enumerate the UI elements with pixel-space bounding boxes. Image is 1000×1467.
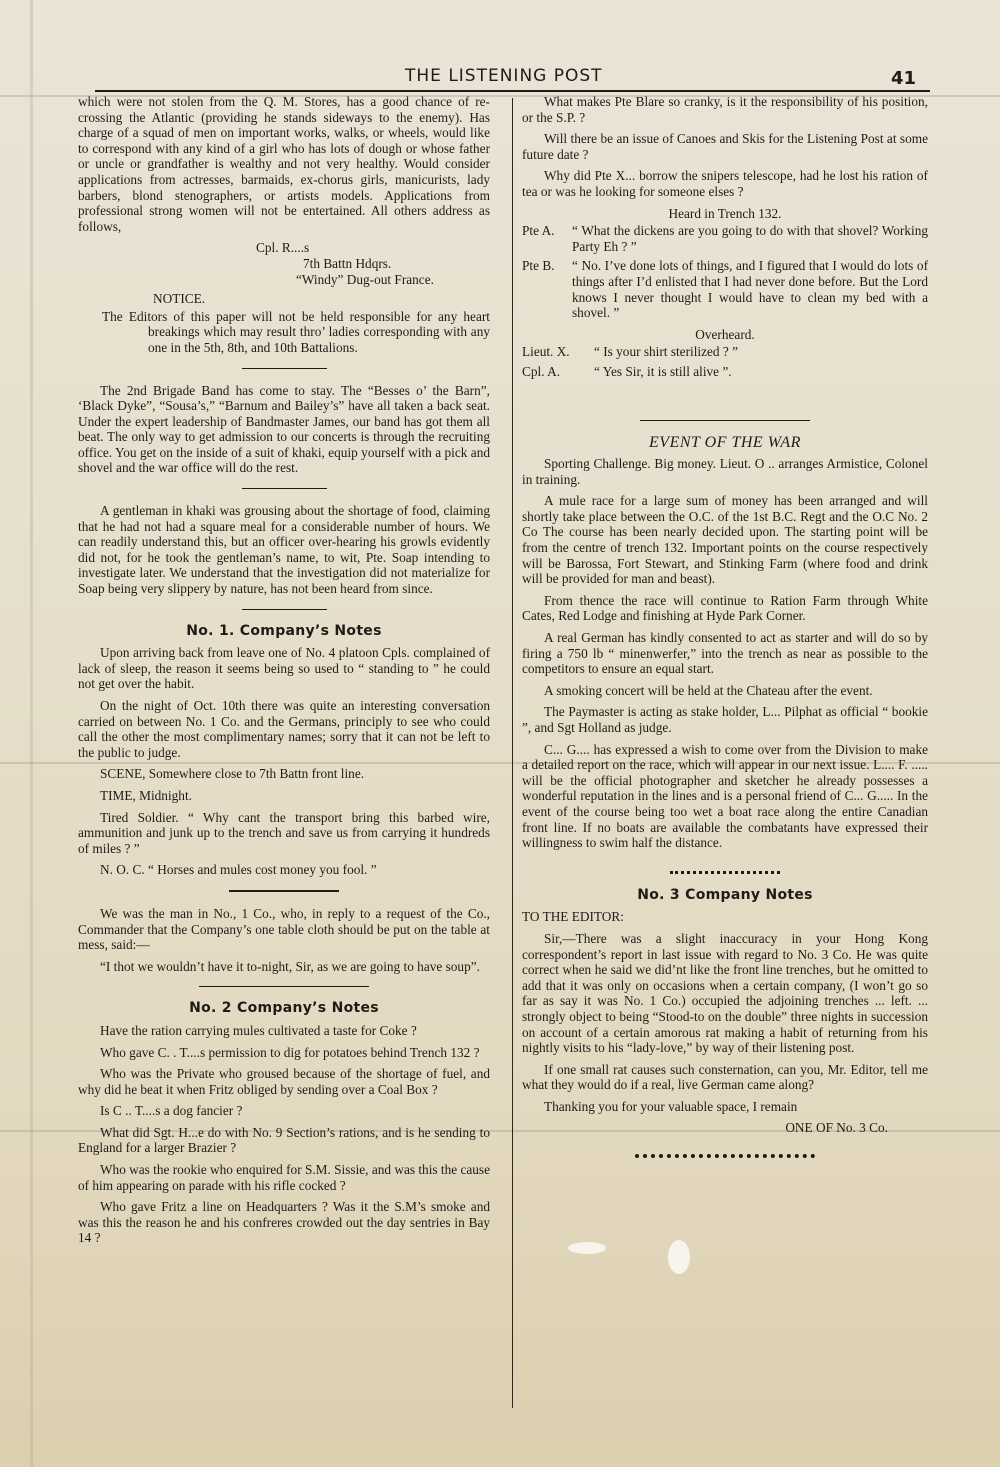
event-paragraph: Sporting Challenge. Big money. Lieut. O … [522,456,928,487]
paper-hole [568,1242,606,1254]
co2-question: Will there be an issue of Canoes and Ski… [522,131,928,162]
beaded-ornament [635,1154,815,1158]
co2-question: Have the ration carrying mules cultivate… [78,1023,490,1039]
notice-text: The Editors of this paper will not be he… [78,309,490,356]
co2-question: Why did Pte X... borrow the snipers tele… [522,168,928,199]
notice-title: NOTICE. [78,291,490,307]
co2-question: Who gave C. . T....s permission to dig f… [78,1045,490,1061]
co1-paragraph: Upon arriving back from leave one of No.… [78,645,490,692]
co2-question: Who was the rookie who enquired for S.M.… [78,1162,490,1193]
section-rule [242,488,327,489]
co2-heading: No. 2 Company’s Notes [78,1001,490,1017]
event-paragraph: A real German has kindly consented to ac… [522,630,928,677]
section-rule [242,609,327,610]
ornament-rule [229,890,339,892]
wavy-ornament [670,871,780,874]
publication-title: THE LISTENING POST [405,66,603,86]
co2-question: Is C .. T....s a dog fancier ? [78,1103,490,1119]
event-paragraph: From thence the race will continue to Ra… [522,593,928,624]
co1-scene: SCENE, Somewhere close to 7th Battn fron… [78,766,490,782]
co2-question: What makes Pte Blare so cranky, is it th… [522,94,928,125]
speaker: Pte B. [522,258,572,320]
co1-time: TIME, Midnight. [78,788,490,804]
paper-fold [30,0,33,1467]
band-article: The 2nd Brigade Band has come to stay. T… [78,383,490,477]
left-column: which were not stolen from the Q. M. Sto… [78,94,490,1252]
co1-paragraph: On the night of Oct. 10th there was quit… [78,698,490,760]
dialog-line: Pte A. “ What the dickens are you going … [522,223,928,254]
event-paragraph: A smoking concert will be held at the Ch… [522,683,928,699]
event-paragraph: C... G.... has expressed a wish to come … [522,742,928,851]
page-number: 41 [891,68,916,89]
co1-paragraph: We was the man in No., 1 Co., who, in re… [78,906,490,953]
co1-dialog: Tired Soldier. “ Why cant the transport … [78,810,490,857]
newspaper-page: THE LISTENING POST 41 which were not sto… [0,0,1000,1467]
dialog-line: Lieut. X. “ Is your shirt sterilized ? ” [522,344,928,360]
overheard-title: Overheard. [522,327,928,343]
heard-title: Heard in Trench 132. [522,206,928,222]
personal-ad-text: which were not stolen from the Q. M. Sto… [78,94,490,234]
letter-paragraph: Sir,—There was a slight inaccuracy in yo… [522,931,928,1056]
section-rule [640,420,810,421]
right-column: What makes Pte Blare so cranky, is it th… [522,94,928,1172]
address-line: Cpl. R....s [78,240,490,256]
masthead: THE LISTENING POST 41 [95,66,930,92]
speech: “ Yes Sir, it is still alive ”. [594,364,928,380]
co2-question: Who was the Private who groused because … [78,1066,490,1097]
co2-question: What did Sgt. H...e do with No. 9 Sectio… [78,1125,490,1156]
co1-paragraph: “I thot we wouldn’t have it to-night, Si… [78,959,490,975]
column-divider [512,98,513,1408]
speaker: Pte A. [522,223,572,254]
signature: ONE OF No. 3 Co. [522,1120,928,1136]
address-line: “Windy” Dug-out France. [78,272,490,288]
co1-heading: No. 1. Company’s Notes [78,624,490,640]
paper-hole [668,1240,690,1274]
section-rule [242,368,327,369]
co1-dialog: N. O. C. “ Horses and mules cost money y… [78,862,490,878]
co2-question: Who gave Fritz a line on Headquarters ? … [78,1199,490,1246]
speech: “ Is your shirt sterilized ? ” [594,344,928,360]
salutation: TO THE EDITOR: [522,909,928,925]
event-paragraph: A mule race for a large sum of money has… [522,493,928,587]
dialog-line: Pte B. “ No. I’ve done lots of things, a… [522,258,928,320]
dialog-line: Cpl. A. “ Yes Sir, it is still alive ”. [522,364,928,380]
event-heading: EVENT OF THE WAR [522,435,928,451]
speech: “ What the dickens are you going to do w… [572,223,928,254]
co3-heading: No. 3 Company Notes [522,888,928,904]
letter-paragraph: If one small rat causes such consternati… [522,1062,928,1093]
event-paragraph: The Paymaster is acting as stake holder,… [522,704,928,735]
speaker: Cpl. A. [522,364,594,380]
address-line: 7th Battn Hdqrs. [78,256,490,272]
speech: “ No. I’ve done lots of things, and I fi… [572,258,928,320]
soap-article: A gentleman in khaki was grousing about … [78,503,490,597]
letter-paragraph: Thanking you for your valuable space, I … [522,1099,928,1115]
section-rule [199,986,369,987]
speaker: Lieut. X. [522,344,594,360]
